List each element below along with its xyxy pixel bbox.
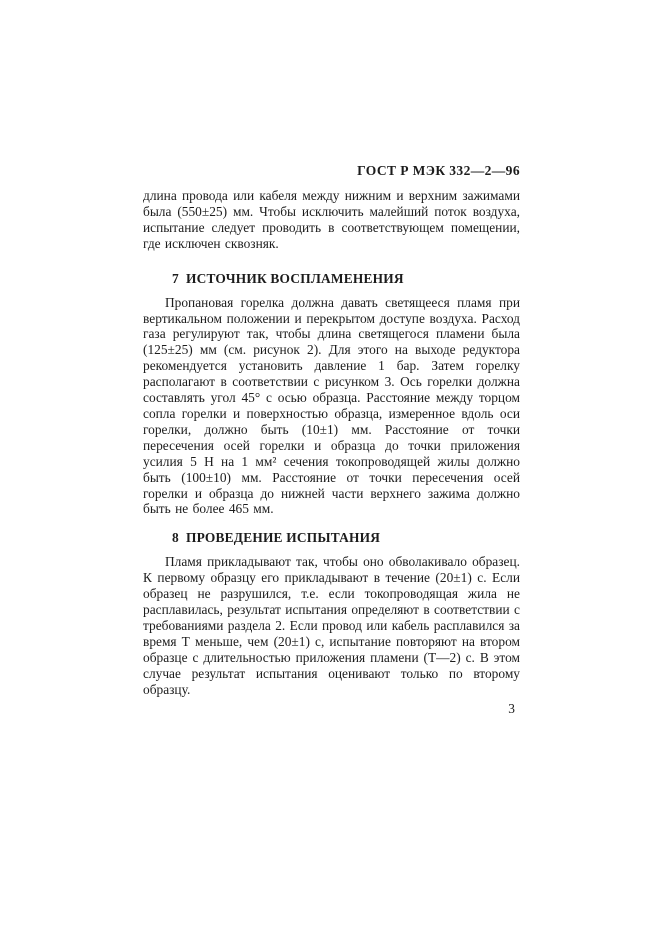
standard-designation-header: ГОСТ Р МЭК 332—2—96	[143, 163, 520, 179]
section-8-heading: 8 ПРОВЕДЕНИЕ ИСПЫТАНИЯ	[143, 530, 520, 546]
document-content: ГОСТ Р МЭК 332—2—96 длина провода или ка…	[143, 163, 520, 697]
document-page: ГОСТ Р МЭК 332—2—96 длина провода или ка…	[0, 0, 661, 936]
intro-paragraph: длина провода или кабеля между нижним и …	[143, 188, 520, 252]
section-7-heading: 7 ИСТОЧНИК ВОСПЛАМЕНЕНИЯ	[143, 271, 520, 287]
page-number: 3	[143, 701, 515, 717]
section-8-paragraph: Пламя прикладывают так, чтобы оно обвола…	[143, 554, 520, 697]
section-7-paragraph: Пропановая горелка должна давать светяще…	[143, 295, 520, 518]
